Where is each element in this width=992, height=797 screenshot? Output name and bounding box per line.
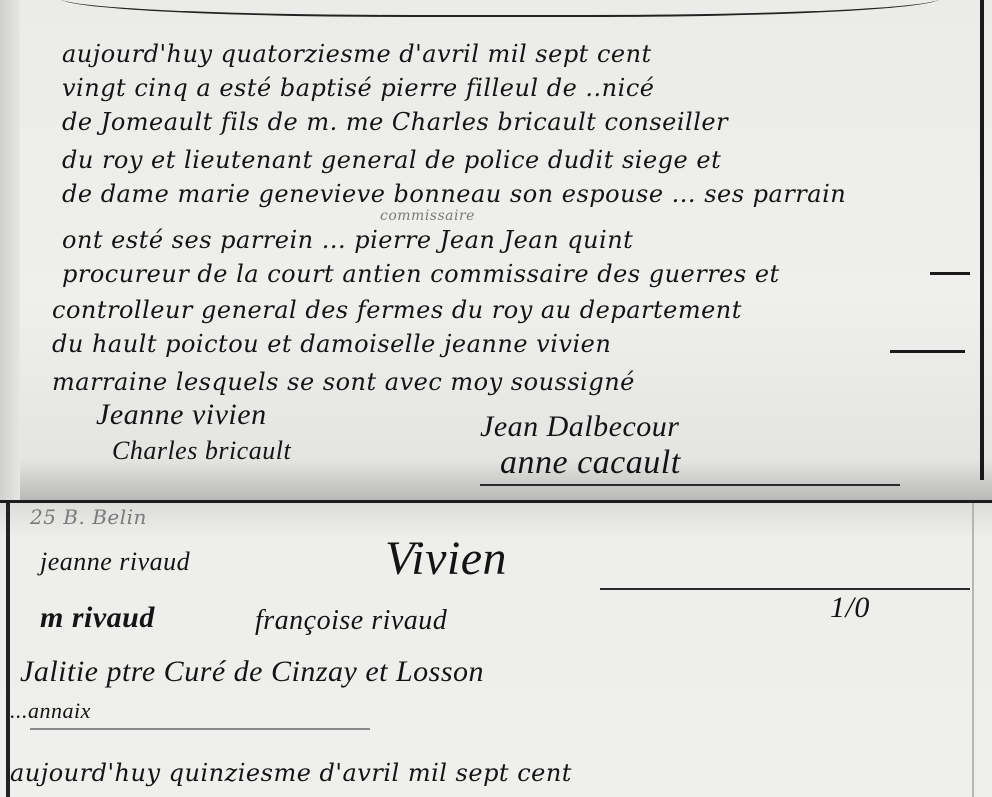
- next-entry-line-1: aujourd'huy quinziesme d'avril mil sept …: [10, 759, 572, 787]
- signature-jeanne-rivaud: jeanne rivaud: [40, 547, 190, 577]
- signature-charles-bricault: Charles bricault: [112, 436, 291, 466]
- separator-flourish: [30, 728, 370, 730]
- entry-line-2: vingt cinq a esté baptisé pierre filleul…: [62, 74, 654, 102]
- entry-line-5: de dame marie genevieve bonneau son espo…: [62, 180, 846, 208]
- upper-register-page: aujourd'huy quatorziesme d'avril mil sep…: [0, 0, 992, 500]
- signature-m-rivaud: m rivaud: [40, 601, 155, 635]
- entry-line-7: procureur de la court antien commissaire…: [62, 260, 780, 288]
- inserted-word: commissaire: [380, 208, 475, 224]
- entry-line-8: controlleur general des fermes du roy au…: [52, 296, 742, 324]
- entry-line-6: ont esté ses parrein ... pierre Jean Jea…: [62, 226, 633, 254]
- line-filler-dash: [930, 272, 970, 275]
- signature-flourish: [600, 588, 970, 590]
- page-right-edge: [972, 503, 974, 797]
- page-right-margin-rule: [980, 0, 984, 480]
- signature-anne-cacault: anne cacault: [500, 444, 681, 482]
- signature-jeanne-vivien: Jeanne vivien: [96, 398, 267, 432]
- priest-signature-line: Jalitie ptre Curé de Cinzay et Losson: [20, 655, 484, 689]
- page-left-margin-rule: [6, 503, 10, 797]
- entry-line-10: marraine lesquels se sont avec moy souss…: [52, 368, 635, 396]
- signature-flourish: [480, 484, 900, 486]
- entry-line-3: de Jomeault fils de m. me Charles bricau…: [62, 108, 728, 136]
- priest-signature-continuation: ...annaix: [10, 698, 91, 724]
- entry-line-9: du hault poictou et damoiselle jeanne vi…: [52, 330, 611, 358]
- signature-vivien: Vivien: [385, 531, 507, 586]
- page-left-edge: [0, 0, 20, 500]
- signature-francoise-rivaud: françoise rivaud: [255, 605, 447, 637]
- previous-entry-flourish: [60, 0, 940, 17]
- entry-line-4: du roy et lieutenant general de police d…: [62, 146, 721, 174]
- signature-jean-dalbecour: Jean Dalbecour: [480, 410, 679, 444]
- line-filler-dash: [890, 350, 965, 353]
- fraction-mark: 1/0: [830, 591, 870, 625]
- margin-note: 25 B. Belin: [30, 505, 147, 529]
- lower-register-page: 25 B. Belin jeanne rivaud Vivien 1/0 m r…: [0, 503, 992, 797]
- entry-line-1: aujourd'huy quatorziesme d'avril mil sep…: [62, 40, 652, 68]
